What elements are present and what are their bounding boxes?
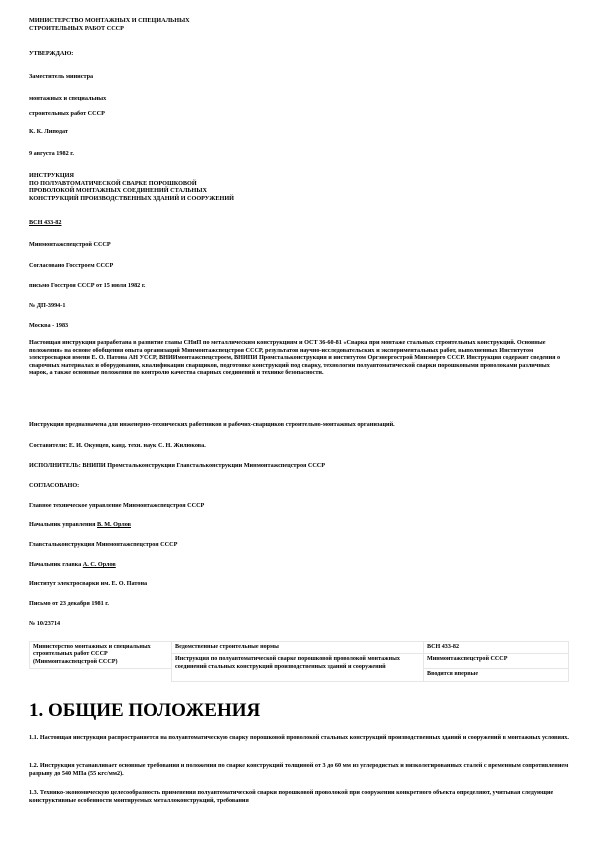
approver-line-2: монтажных и специальных — [29, 95, 569, 103]
code-cell: ВСН 433-82 — [424, 642, 569, 654]
title-line-3: ПРОВОЛОКОЙ МОНТАЖНЫХ СОЕДИНЕНИЙ СТАЛЬНЫХ — [29, 187, 569, 195]
instruction-title-cell: Инструкция по полуавтоматической сварке … — [172, 654, 424, 681]
approver-line-3: строительных работ СССР — [29, 110, 569, 118]
letter-2: Письмо от 23 декабря 1981 г. — [29, 600, 569, 608]
ministry-cell: Министерство монтажных и специальных стр… — [30, 642, 172, 669]
head-2-title: Начальник главка — [29, 561, 83, 568]
head-1: Начальник управления В. М. Орлов — [29, 521, 569, 529]
city-year: Москва - 1983 — [29, 322, 569, 330]
number-2: № 10/23714 — [29, 620, 569, 628]
ministry-line-1: МИНИСТЕРСТВО МОНТАЖНЫХ И СПЕЦИАЛЬНЫХ — [29, 17, 569, 25]
ministry-cell-name: Министерство монтажных и специальных стр… — [33, 644, 168, 659]
agreed-statement: Согласовано Госстроем СССР — [29, 262, 569, 270]
status-cell: Вводится впервые — [424, 669, 569, 681]
org-cell: Минмонтажспецстрой СССР — [424, 654, 569, 669]
purpose-paragraph: Инструкция предназначена для инженерно-т… — [29, 421, 569, 429]
head-1-name: В. М. Орлов — [97, 521, 131, 528]
title-line-1: ИНСТРУКЦИЯ — [29, 172, 569, 180]
paragraph-1-1: 1.1. Настоящая инструкция распространяет… — [29, 734, 569, 742]
norms-type-cell: Ведомственные строительные нормы — [172, 642, 424, 654]
document-title: ИНСТРУКЦИЯ ПО ПОЛУАВТОМАТИЧЕСКОЙ СВАРКЕ … — [29, 172, 569, 202]
letter-number: № ДП-3994-1 — [29, 302, 569, 310]
head-1-title: Начальник управления — [29, 521, 97, 528]
authors: Составители: Е. И. Окунцев, канд. техн. … — [29, 442, 569, 450]
empty-cell — [30, 669, 172, 681]
agreed-org-2: Главстальконструкция Минмонтажспецстроя … — [29, 541, 569, 549]
head-2-name: А. С. Орлов — [83, 561, 116, 568]
approver-line-1: Заместитель министра — [29, 73, 569, 81]
ministry-line-2: СТРОИТЕЛЬНЫХ РАБОТ СССР — [29, 25, 569, 33]
agreed-label: СОГЛАСОВАНО: — [29, 482, 569, 490]
issuing-org: Минмонтажспецстрой СССР — [29, 241, 569, 249]
paragraph-1-2: 1.2. Инструкция устанавливает основные т… — [29, 762, 569, 777]
intro-paragraph: Настоящая инструкция разработана в разви… — [29, 339, 569, 377]
agreed-org-1: Главное техническое управление Минмонтаж… — [29, 502, 569, 510]
approve-label: УТВЕРЖДАЮ: — [29, 50, 569, 58]
institute: Институт электросварки им. Е. О. Патона — [29, 580, 569, 588]
title-line-4: КОНСТРУКЦИЙ ПРОИЗВОДСТВЕННЫХ ЗДАНИЙ И СО… — [29, 195, 569, 203]
document-code: ВСН 433-82 — [29, 219, 569, 227]
ministry-header: МИНИСТЕРСТВО МОНТАЖНЫХ И СПЕЦИАЛЬНЫХ СТР… — [29, 17, 569, 32]
standard-header-table: Министерство монтажных и специальных стр… — [29, 641, 569, 682]
agreement-letter: письмо Госстроя СССР от 15 июля 1982 г. — [29, 282, 569, 290]
head-2: Начальник главка А. С. Орлов — [29, 561, 569, 569]
executor: ИСПОЛНИТЕЛЬ: ВНИПИ Промстальконструкция … — [29, 462, 569, 470]
ministry-cell-abbr: (Минмонтажспецстрой СССР) — [33, 659, 168, 666]
paragraph-1-3: 1.3. Технико-экономическую целесообразно… — [29, 789, 569, 804]
approval-date: 9 августа 1982 г. — [29, 150, 569, 158]
approver-name: К. К. Липодат — [29, 128, 569, 136]
section-heading: 1. ОБЩИЕ ПОЛОЖЕНИЯ — [29, 700, 260, 722]
